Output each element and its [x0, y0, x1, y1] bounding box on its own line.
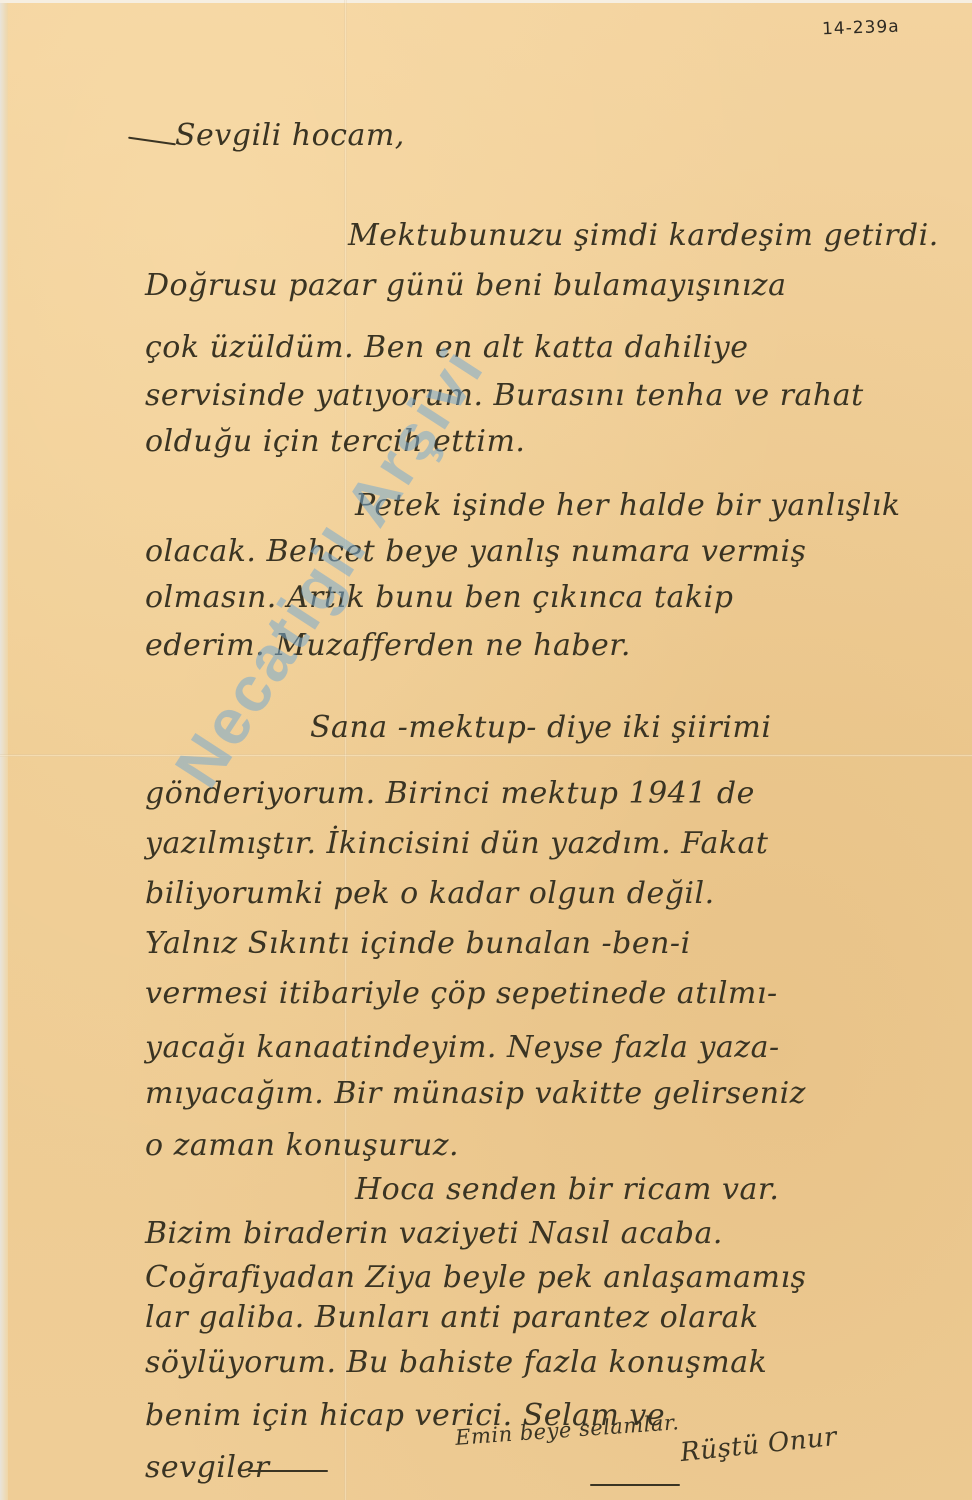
- letter-line: Hoca senden bir ricam var.: [355, 1172, 779, 1207]
- salutation-flourish: [128, 137, 176, 146]
- letter-line: ederim. Muzafferden ne haber.: [145, 628, 631, 663]
- letter-line: o zaman konuşuruz.: [145, 1128, 459, 1163]
- letter-line: çok üzüldüm. Ben en alt katta dahiliye: [145, 330, 749, 365]
- letter-line: olmasın. Artık bunu ben çıkınca takip: [145, 580, 733, 615]
- letter-line: Yalnız Sıkıntı içinde bunalan -ben-i: [145, 926, 691, 961]
- letter-line: biliyorumki pek o kadar olgun değil.: [145, 876, 715, 911]
- letter-line: lar galiba. Bunları anti parantez olarak: [145, 1300, 759, 1335]
- letter-line: söylüyorum. Bu bahiste fazla konuşmak: [145, 1345, 767, 1380]
- signature-underline: [590, 1484, 680, 1486]
- closing-flourish: [248, 1470, 328, 1472]
- letter-line: vermesi itibariyle çöp sepetinede atılmı…: [145, 976, 778, 1011]
- letter-paper: 14-239a Sevgili hocam, Mektubunuzu şimdi…: [0, 0, 972, 1500]
- letter-line: Doğrusu pazar günü beni bulamayışınıza: [145, 268, 787, 303]
- letter-line: Sana -mektup- diye iki şiirimi: [310, 710, 771, 745]
- fold-line-horizontal: [0, 754, 972, 757]
- paper-left-edge: [0, 0, 8, 1500]
- paper-top-edge: [0, 0, 972, 3]
- letter-line: mıyacağım. Bir münasip vakitte gelirseni…: [145, 1076, 806, 1111]
- letter-line: olacak. Behcet beye yanlış numara vermiş: [145, 534, 806, 569]
- signature: Rüştü Onur: [679, 1422, 839, 1468]
- letter-line: sevgiler: [145, 1450, 270, 1485]
- letter-line: Petek işinde her halde bir yanlışlık: [355, 488, 901, 523]
- letter-line: servisinde yatıyorum. Burasını tenha ve …: [145, 378, 864, 413]
- letter-line: gönderiyorum. Birinci mektup 1941 de: [145, 776, 755, 811]
- letter-line: Bizim biraderin vaziyeti Nasıl acaba.: [145, 1216, 723, 1251]
- letter-line: yazılmıştır. İkincisini dün yazdım. Faka…: [145, 826, 768, 861]
- salutation: Sevgili hocam,: [175, 118, 405, 153]
- letter-line: yacağı kanaatindeyim. Neyse fazla yaza-: [145, 1030, 780, 1065]
- letter-line: Coğrafiyadan Ziya beyle pek anlaşamamış: [145, 1260, 806, 1295]
- archive-number: 14-239a: [822, 17, 900, 40]
- letter-line: Mektubunuzu şimdi kardeşim getirdi.: [348, 218, 939, 253]
- letter-line: olduğu için tercih ettim.: [145, 424, 525, 459]
